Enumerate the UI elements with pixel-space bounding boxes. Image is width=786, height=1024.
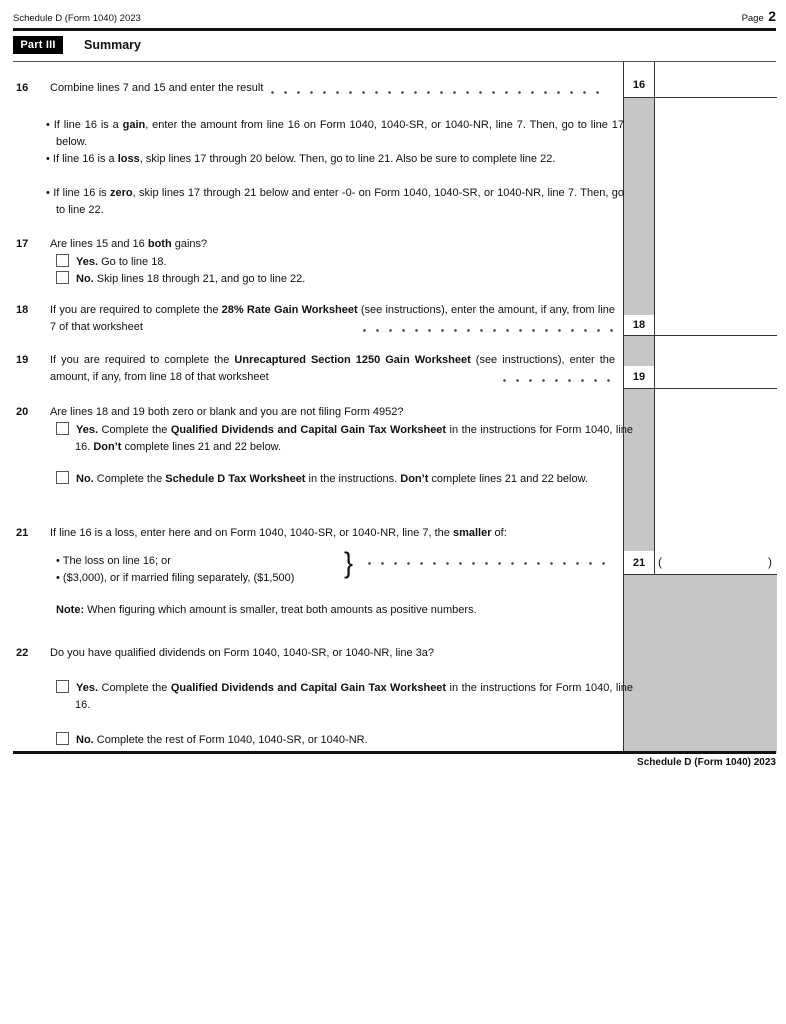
row-line-21 xyxy=(624,574,777,575)
line20-yes-label: Yes. Complete the Qualified Dividends an… xyxy=(75,424,633,453)
entry-box-16-number: 16 xyxy=(624,62,654,97)
line20-no-row: No. Complete the Schedule D Tax Workshee… xyxy=(56,470,633,488)
line22-no-label: No. Complete the rest of Form 1040, 1040… xyxy=(76,734,368,746)
paren-open: ( xyxy=(658,551,662,574)
dot-leader xyxy=(363,329,613,332)
line18-number: 18 xyxy=(16,302,28,319)
line21-option-3000: • ($3,000), or if married filing separat… xyxy=(56,570,294,587)
amount-field-21[interactable] xyxy=(668,551,766,574)
dot-leader xyxy=(271,91,609,94)
header-form-title: Schedule D (Form 1040) 2023 xyxy=(13,13,141,24)
entry-box-19-number: 19 xyxy=(624,366,654,388)
amount-field-16[interactable] xyxy=(655,72,775,96)
line20-yes-checkbox[interactable] xyxy=(56,422,69,435)
part-title: Summary xyxy=(84,38,141,52)
line19-number: 19 xyxy=(16,352,28,369)
line20-yes-row: Yes. Complete the Qualified Dividends an… xyxy=(56,421,633,455)
line17-yes-row: Yes. Go to line 18. xyxy=(56,253,167,271)
amount-field-19[interactable] xyxy=(655,366,775,388)
amount-field-18[interactable] xyxy=(655,315,775,335)
line20-no-checkbox[interactable] xyxy=(56,471,69,484)
bullet-icon: • xyxy=(56,555,60,567)
dot-leader xyxy=(368,562,610,565)
footer-rule xyxy=(13,751,776,754)
row-line-19 xyxy=(624,388,777,389)
line17-yes-checkbox[interactable] xyxy=(56,254,69,267)
page-word: Page xyxy=(742,13,764,24)
line16-bullet-gain: • If line 16 is a gain, enter the amount… xyxy=(46,117,624,150)
line17-no-row: No. Skip lines 18 through 21, and go to … xyxy=(56,270,305,288)
bullet-icon: • xyxy=(56,572,60,584)
line17-number: 17 xyxy=(16,236,28,253)
line17-no-checkbox[interactable] xyxy=(56,271,69,284)
line22-yes-row: Yes. Complete the Qualified Dividends an… xyxy=(56,679,633,713)
line21-option-loss: • The loss on line 16; or xyxy=(56,553,171,570)
brace-icon: } xyxy=(344,542,353,584)
schedule-d-page2: Schedule D (Form 1040) 2023 Page 2 Part … xyxy=(0,0,786,1024)
line16-number: 16 xyxy=(16,80,50,97)
part-label-box: Part III xyxy=(13,36,63,54)
shaded-cell xyxy=(624,97,654,315)
entry-box-21-number: 21 xyxy=(624,551,654,574)
line22-number: 22 xyxy=(16,645,28,662)
line21-number: 21 xyxy=(16,525,28,542)
line20-no-label: No. Complete the Schedule D Tax Workshee… xyxy=(76,473,588,485)
header-rule xyxy=(13,28,776,31)
line16-row: 16 Combine lines 7 and 15 and enter the … xyxy=(16,80,615,97)
page-indicator: Page 2 xyxy=(742,8,776,26)
line16-bullet-zero: • If line 16 is zero, skip lines 17 thro… xyxy=(46,185,624,218)
line16-bullet-loss: • If line 16 is a loss, skip lines 17 th… xyxy=(46,151,624,168)
line17-yes-label: Yes. Go to line 18. xyxy=(76,256,167,268)
row-line-18 xyxy=(624,335,777,336)
line22-yes-label: Yes. Complete the Qualified Dividends an… xyxy=(75,682,633,711)
line22-no-row: No. Complete the rest of Form 1040, 1040… xyxy=(56,731,633,749)
line21-note: Note: When figuring which amount is smal… xyxy=(56,602,616,619)
line22-text: Do you have qualified dividends on Form … xyxy=(50,645,434,662)
line17-text: Are lines 15 and 16 both gains? xyxy=(50,236,207,253)
line22-no-checkbox[interactable] xyxy=(56,732,69,745)
entry-column: 16 18 19 21 ( ) xyxy=(623,62,777,753)
line21-text: If line 16 is a loss, enter here and on … xyxy=(50,525,507,542)
line16-text: Combine lines 7 and 15 and enter the res… xyxy=(50,80,263,97)
line19-text: If you are required to complete the Unre… xyxy=(50,352,615,385)
page-number: 2 xyxy=(768,8,776,24)
shaded-cell xyxy=(624,335,654,366)
paren-close: ) xyxy=(768,551,772,574)
line20-text: Are lines 18 and 19 both zero or blank a… xyxy=(50,404,403,421)
shaded-block xyxy=(624,574,777,753)
line18-text: If you are required to complete the 28% … xyxy=(50,302,615,335)
row-line-16 xyxy=(624,97,777,98)
line22-yes-checkbox[interactable] xyxy=(56,680,69,693)
dot-leader xyxy=(503,379,613,382)
line20-number: 20 xyxy=(16,404,28,421)
entry-box-18-number: 18 xyxy=(624,315,654,335)
footer-form-title: Schedule D (Form 1040) 2023 xyxy=(637,757,776,768)
line17-no-label: No. Skip lines 18 through 21, and go to … xyxy=(76,273,305,285)
